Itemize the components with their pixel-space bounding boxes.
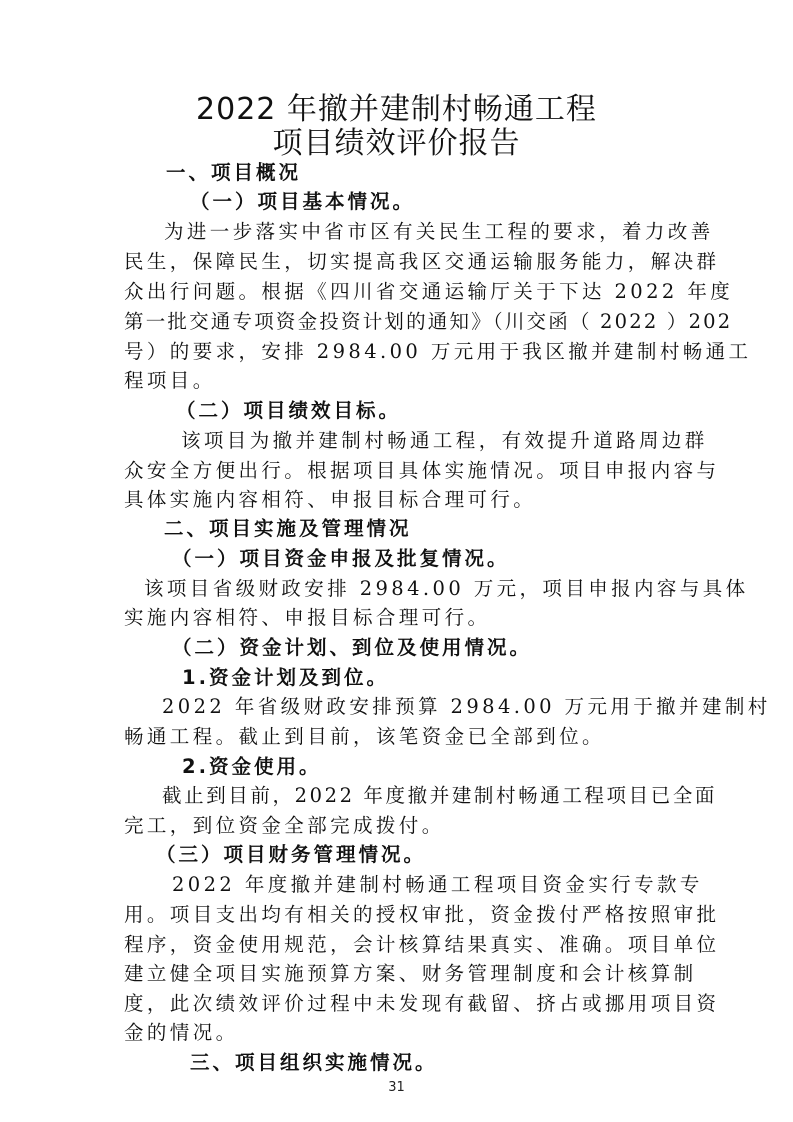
paragraph-line: 金的情况。 xyxy=(124,1019,239,1047)
document-page: 2022 年撤并建制村畅通工程 项目绩效评价报告 一、项目概况 （一）项目基本情… xyxy=(0,0,793,1122)
paragraph-line: 号）的要求，安排 2984.00 万元用于我区撤并建制村畅通工 xyxy=(124,338,751,366)
paragraph-line: 为进一步落实中省市区有关民生工程的要求，着力改善 xyxy=(164,218,714,246)
paragraph-line: 程序，资金使用规范，会计核算结果真实、准确。项目单位 xyxy=(124,931,719,959)
subsection-heading-2-2: （二）资金计划、到位及使用情况。 xyxy=(172,634,532,662)
document-title-line-2: 项目绩效评价报告 xyxy=(0,126,793,162)
paragraph-line: 该项目省级财政安排 2984.00 万元，项目申报内容与具体 xyxy=(144,575,749,603)
item-heading-1: 1.资金计划及到位。 xyxy=(182,664,389,692)
paragraph-line: 众出行问题。根据《四川省交通运输厅关于下达 2022 年度 xyxy=(124,278,733,306)
paragraph-line: 完工，到位资金全部完成拨付。 xyxy=(124,812,445,840)
paragraph-line: 程项目。 xyxy=(124,367,216,395)
paragraph-line: 实施内容相符、申报目标合理可行。 xyxy=(124,604,490,632)
paragraph-line: 众安全方便出行。根据项目具体实施情况。项目申报内容与 xyxy=(124,457,719,485)
paragraph-line: 具体实施内容相符、申报目标合理可行。 xyxy=(124,486,536,514)
subsection-heading-1-1: （一）项目基本情况。 xyxy=(190,188,415,216)
paragraph-line: 第一批交通专项资金投资计划的通知》（川交函（ 2022 ）202 xyxy=(124,308,732,336)
section-heading-1: 一、项目概况 xyxy=(166,159,301,187)
paragraph-line: 用。项目支出均有相关的授权审批，资金拨付严格按照审批 xyxy=(124,901,719,929)
paragraph-line: 2022 年度撤并建制村畅通工程项目资金实行专款专 xyxy=(172,871,703,899)
subsection-heading-1-2: （二）项目绩效目标。 xyxy=(176,397,401,425)
subsection-heading-2-1: （一）项目资金申报及批复情况。 xyxy=(172,545,510,573)
section-heading-2: 二、项目实施及管理情况 xyxy=(164,515,412,543)
page-number: 31 xyxy=(0,1080,793,1095)
paragraph-line: 建立健全项目实施预算方案、财务管理制度和会计核算制 xyxy=(124,960,697,988)
paragraph-line: 度，此次绩效评价过程中未发现有截留、挤占或挪用项目资 xyxy=(124,990,719,1018)
paragraph-line: 截止到目前，2022 年度撤并建制村畅通工程项目已全面 xyxy=(162,782,717,810)
paragraph-line: 该项目为撤并建制村畅通工程，有效提升道路周边群 xyxy=(181,427,708,455)
document-title-line-1: 2022 年撤并建制村畅通工程 xyxy=(0,92,793,128)
item-heading-2: 2.资金使用。 xyxy=(182,753,321,781)
subsection-heading-2-3: （三）项目财务管理情况。 xyxy=(156,841,426,869)
section-heading-3: 三、项目组织实施情况。 xyxy=(190,1049,438,1077)
paragraph-line: 民生，保障民生，切实提高我区交通运输服务能力，解决群 xyxy=(124,248,719,276)
paragraph-line: 2022 年省级财政安排预算 2984.00 万元用于撤并建制村 xyxy=(162,693,771,721)
paragraph-line: 畅通工程。截止到目前，该笔资金已全部到位。 xyxy=(124,723,605,751)
